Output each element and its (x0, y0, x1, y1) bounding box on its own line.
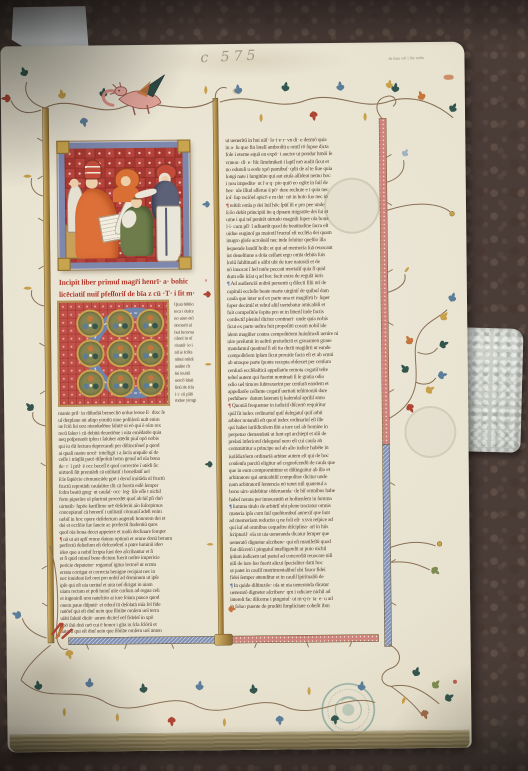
orb (106, 339, 134, 367)
text-column-right: ut ueneritū in hui uiiſ· lo·i·e·r· vn di… (225, 136, 385, 614)
orb (136, 339, 164, 367)
miniature (57, 140, 190, 269)
rubric: Incipit liber primuſ magr̄i henrī· a· bo… (59, 275, 217, 300)
top-vine (45, 79, 460, 128)
gold-corner (177, 139, 190, 152)
stain (17, 646, 88, 707)
paraph-mark: ¶ (229, 504, 232, 510)
orb (106, 309, 134, 337)
manuscript-page: c 575 de ſtatu wlt i ſite nultu a (0, 42, 471, 753)
text-column-narrow: Quia biblioteca i duſceno uiuo etōdoctor… (174, 302, 218, 406)
paraph-mark: ¶ (227, 281, 230, 287)
text-line: licēciatiſ nuiſ pfeſſoriſ de bīa z cū ·T… (59, 287, 217, 300)
pope-tiara (84, 159, 102, 179)
orb (76, 309, 104, 337)
orb (76, 339, 104, 367)
gold-corner (179, 256, 192, 269)
foliate-orbs (76, 309, 165, 398)
orb (136, 309, 164, 337)
decorated-initial (57, 300, 170, 407)
paraph-mark: ¶ (59, 536, 62, 542)
shelfmark-note: de ſtatu wlt i ſite nultu (388, 54, 452, 61)
paraph-mark: ¶ (228, 403, 231, 409)
cleric-head (70, 179, 79, 188)
stain (453, 680, 457, 684)
text-line: mdue yimgi (175, 399, 218, 406)
friar-robe (156, 206, 182, 262)
text-line: natoriſ qui eſt diuſ uein que ſibilāe om… (60, 627, 217, 635)
stain (444, 75, 454, 80)
page-edge (10, 730, 470, 753)
paraph-mark: ¶ (226, 203, 229, 209)
gold-corner (56, 141, 69, 154)
orb (137, 369, 165, 397)
stain (233, 88, 242, 94)
text-line: in ſoluo puente de prudēti ſimplicitate … (230, 603, 385, 612)
folio-number-inscription: c 575 (200, 45, 311, 66)
show-through (404, 406, 457, 459)
gold-corner (58, 258, 71, 271)
dragon-drollery (103, 75, 165, 116)
monk-head (131, 197, 142, 208)
manuscript-photo: c 575 de ſtatu wlt i ſite nultu a (0, 0, 528, 771)
orb (107, 369, 135, 397)
courtier-face (121, 176, 131, 186)
orb (77, 369, 105, 397)
paraph-mark: ¶ (230, 583, 233, 589)
text-column-left: manie pril· in diſtudiā bernecliō uolue … (58, 409, 217, 637)
